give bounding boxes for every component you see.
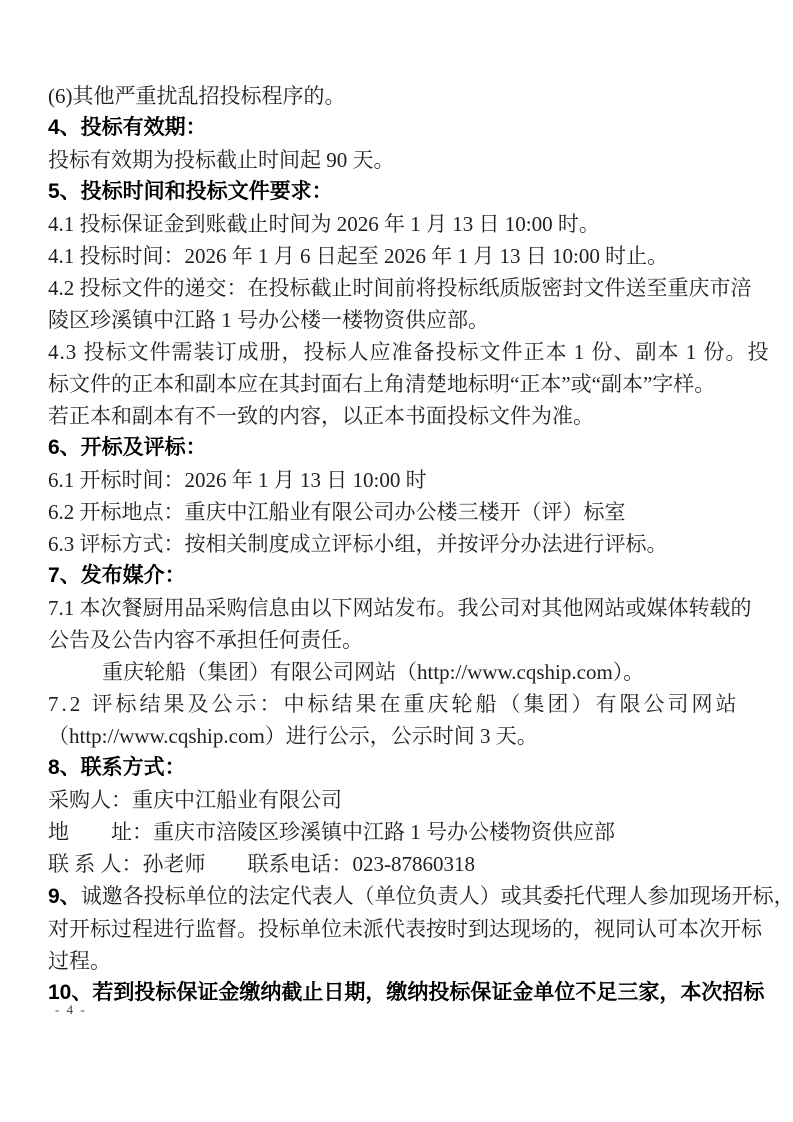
text-run: 4.1 投标保证金到账截止时间为 2026 年 1 月 13 日 10:00 时… (48, 212, 600, 236)
text-line: 陵区珍溪镇中江路 1 号办公楼一楼物资供应部。 (48, 304, 747, 336)
text-run: 8、联系方式： (48, 756, 186, 779)
text-line: 4.2 投标文件的递交：在投标截止时间前将投标纸质版密封文件送至重庆市涪 (48, 272, 747, 304)
text-run: 联 系 人：孙老师 联系电话：023-87860318 (48, 852, 475, 876)
text-run: 4.3 投标文件需装订成册，投标人应准备投标文件正本 1 份、副本 1 份。投 (48, 340, 770, 364)
text-line: 6.3 评标方式：按相关制度成立评标小组，并按评分办法进行评标。 (48, 528, 747, 560)
text-run: （http://www.cqship.com）进行公示，公示时间 3 天。 (48, 724, 538, 748)
text-run: 7.2 评标结果及公示：中标结果在重庆轮船（集团）有限公司网站 (48, 692, 740, 716)
document-page: (6)其他严重扰乱招投标程序的。4、投标有效期：投标有效期为投标截止时间起 90… (0, 0, 793, 1122)
text-line: 过程。 (48, 945, 747, 977)
text-line: 对开标过程进行监督。投标单位未派代表按时到达现场的，视同认可本次开标 (48, 913, 747, 945)
text-line: 7.1 本次餐厨用品采购信息由以下网站发布。我公司对其他网站或媒体转载的 (48, 592, 747, 624)
text-line: 若正本和副本有不一致的内容，以正本书面投标文件为准。 (48, 400, 747, 432)
heading-line: 8、联系方式： (48, 752, 747, 784)
text-run: 采购人：重庆中江船业有限公司 (48, 788, 342, 812)
text-line: 9、诚邀各投标单位的法定代表人（单位负责人）或其委托代理人参加现场开标， (48, 880, 747, 913)
document-lines: (6)其他严重扰乱招投标程序的。4、投标有效期：投标有效期为投标截止时间起 90… (48, 80, 747, 1009)
text-run: 6.3 评标方式：按相关制度成立评标小组，并按评分办法进行评标。 (48, 532, 668, 556)
text-run: 7.1 本次餐厨用品采购信息由以下网站发布。我公司对其他网站或媒体转载的 (48, 596, 752, 620)
text-line: 7.2 评标结果及公示：中标结果在重庆轮船（集团）有限公司网站 (48, 688, 747, 720)
text-run: 若正本和副本有不一致的内容，以正本书面投标文件为准。 (48, 404, 594, 428)
text-line: 标文件的正本和副本应在其封面右上角清楚地标明“正本”或“副本”字样。 (48, 368, 747, 400)
text-line: 4.3 投标文件需装订成册，投标人应准备投标文件正本 1 份、副本 1 份。投 (48, 336, 747, 368)
text-run: 4.2 投标文件的递交：在投标截止时间前将投标纸质版密封文件送至重庆市涪 (48, 276, 752, 300)
text-run: 对开标过程进行监督。投标单位未派代表按时到达现场的，视同认可本次开标 (48, 917, 762, 941)
text-line: 公告及公告内容不承担任何责任。 (48, 624, 747, 656)
text-line: 4.1 投标时间：2026 年 1 月 6 日起至 2026 年 1 月 13 … (48, 240, 747, 272)
text-line: (6)其他严重扰乱招投标程序的。 (48, 80, 747, 112)
heading-line: 4、投标有效期： (48, 112, 747, 144)
text-line: 重庆轮船（集团）有限公司网站（http://www.cqship.com）。 (48, 656, 747, 688)
text-line: 联 系 人：孙老师 联系电话：023-87860318 (48, 848, 747, 880)
text-run: 6、开标及评标： (48, 436, 207, 459)
text-run: 投标有效期为投标截止时间起 90 天。 (48, 148, 395, 172)
page-number: - 4 - (55, 1002, 87, 1018)
text-run: 公告及公告内容不承担任何责任。 (48, 628, 363, 652)
text-run: 标文件的正本和副本应在其封面右上角清楚地标明“正本”或“副本”字样。 (48, 372, 715, 396)
text-run: 过程。 (48, 949, 111, 973)
text-line: 6.1 开标时间：2026 年 1 月 13 日 10:00 时 (48, 464, 747, 496)
text-line: 采购人：重庆中江船业有限公司 (48, 784, 747, 816)
text-run: 5、投标时间和投标文件要求： (48, 180, 333, 203)
text-run: (6)其他严重扰乱招投标程序的。 (48, 84, 346, 108)
text-run: 陵区珍溪镇中江路 1 号办公楼一楼物资供应部。 (48, 308, 489, 332)
text-run: 6.1 开标时间：2026 年 1 月 13 日 10:00 时 (48, 468, 427, 492)
text-run: 重庆轮船（集团）有限公司网站（http://www.cqship.com）。 (102, 660, 644, 684)
text-run: 4.1 投标时间：2026 年 1 月 6 日起至 2026 年 1 月 13 … (48, 244, 668, 268)
text-run: 诚邀各投标单位的法定代表人（单位负责人）或其委托代理人参加现场开标， (81, 884, 793, 908)
text-line: 6.2 开标地点：重庆中江船业有限公司办公楼三楼开（评）标室 (48, 496, 747, 528)
text-line: 4.1 投标保证金到账截止时间为 2026 年 1 月 13 日 10:00 时… (48, 208, 747, 240)
text-run: 4、投标有效期： (48, 116, 207, 139)
heading-line: 5、投标时间和投标文件要求： (48, 176, 747, 208)
text-line: 投标有效期为投标截止时间起 90 天。 (48, 144, 747, 176)
text-run: 9、 (48, 885, 81, 908)
text-run: 10、若到投标保证金缴纳截止日期，缴纳投标保证金单位不足三家，本次招标 (48, 981, 764, 1004)
text-line: 地 址：重庆市涪陵区珍溪镇中江路 1 号办公楼物资供应部 (48, 816, 747, 848)
heading-line: 6、开标及评标： (48, 432, 747, 464)
text-run: 地 址：重庆市涪陵区珍溪镇中江路 1 号办公楼物资供应部 (48, 820, 615, 844)
heading-line: 7、发布媒介： (48, 560, 747, 592)
text-run: 7、发布媒介： (48, 564, 186, 587)
heading-line: 10、若到投标保证金缴纳截止日期，缴纳投标保证金单位不足三家，本次招标 (48, 977, 747, 1009)
text-line: （http://www.cqship.com）进行公示，公示时间 3 天。 (48, 720, 747, 752)
text-run: 6.2 开标地点：重庆中江船业有限公司办公楼三楼开（评）标室 (48, 500, 626, 524)
